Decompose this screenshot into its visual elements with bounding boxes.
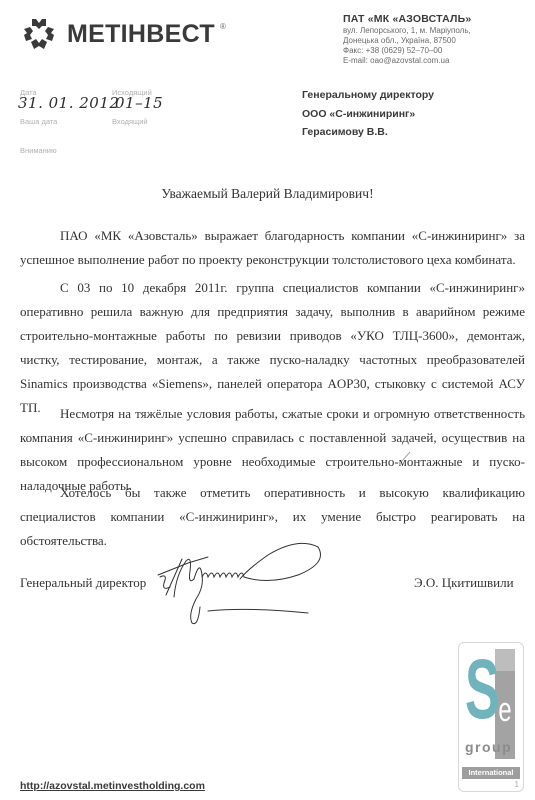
date-value: 31. 01. 2012 bbox=[18, 94, 119, 112]
sender-address-line: Донецька обл., Україна, 87500 bbox=[343, 36, 471, 46]
outgoing-value: 01–15 bbox=[115, 94, 163, 112]
metinvest-logo-icon bbox=[22, 17, 56, 51]
handwritten-signature-icon bbox=[148, 535, 348, 635]
incoming-label: Входящий bbox=[112, 117, 148, 126]
sender-block: ПАТ «МК «АЗОВСТАЛЬ» вул. Лепорського, 1,… bbox=[343, 13, 471, 66]
attention-label: Вниманию bbox=[20, 146, 57, 155]
pen-tick-mark bbox=[400, 450, 412, 462]
se-group-logo: S e group International 1 bbox=[458, 642, 524, 792]
badge-letter-s: S bbox=[465, 649, 481, 729]
website-link[interactable]: http://azovstal.metinvestholding.com bbox=[20, 780, 205, 792]
greeting: Уважаемый Валерий Владимирович! bbox=[0, 186, 535, 202]
badge-letter-e: e bbox=[498, 691, 512, 730]
paragraph-2: С 03 по 10 декабря 2011г. группа специал… bbox=[20, 276, 525, 420]
signatory-name: Э.О. Цкитишвили bbox=[414, 575, 514, 591]
badge-group-text: group bbox=[465, 739, 512, 755]
sender-name: ПАТ «МК «АЗОВСТАЛЬ» bbox=[343, 13, 471, 25]
recipient-block: Генеральному директору ООО «С-инжиниринг… bbox=[302, 86, 434, 142]
recipient-name: Герасимову В.В. bbox=[302, 123, 434, 142]
sender-email: E-mail: oao@azovstal.com.ua bbox=[343, 56, 471, 66]
sender-fax: Факс: +38 (0629) 52–70–00 bbox=[343, 46, 471, 56]
recipient-position: Генеральному директору bbox=[302, 86, 434, 105]
your-date-label: Ваша дата bbox=[20, 117, 57, 126]
registered-mark: ® bbox=[220, 22, 226, 31]
page-number: 1 bbox=[515, 780, 519, 789]
recipient-company: ООО «С-инжиниринг» bbox=[302, 105, 434, 124]
badge-international-label: International bbox=[462, 767, 520, 779]
signatory-title: Генеральный директор bbox=[20, 575, 146, 591]
logo-wordmark: МЕТІНВЕСТ bbox=[67, 20, 215, 49]
sender-address-line: вул. Лепорського, 1, м. Маріуполь, bbox=[343, 26, 471, 36]
paragraph-1: ПАО «МК «Азовсталь» выражает благодарнос… bbox=[20, 224, 525, 272]
